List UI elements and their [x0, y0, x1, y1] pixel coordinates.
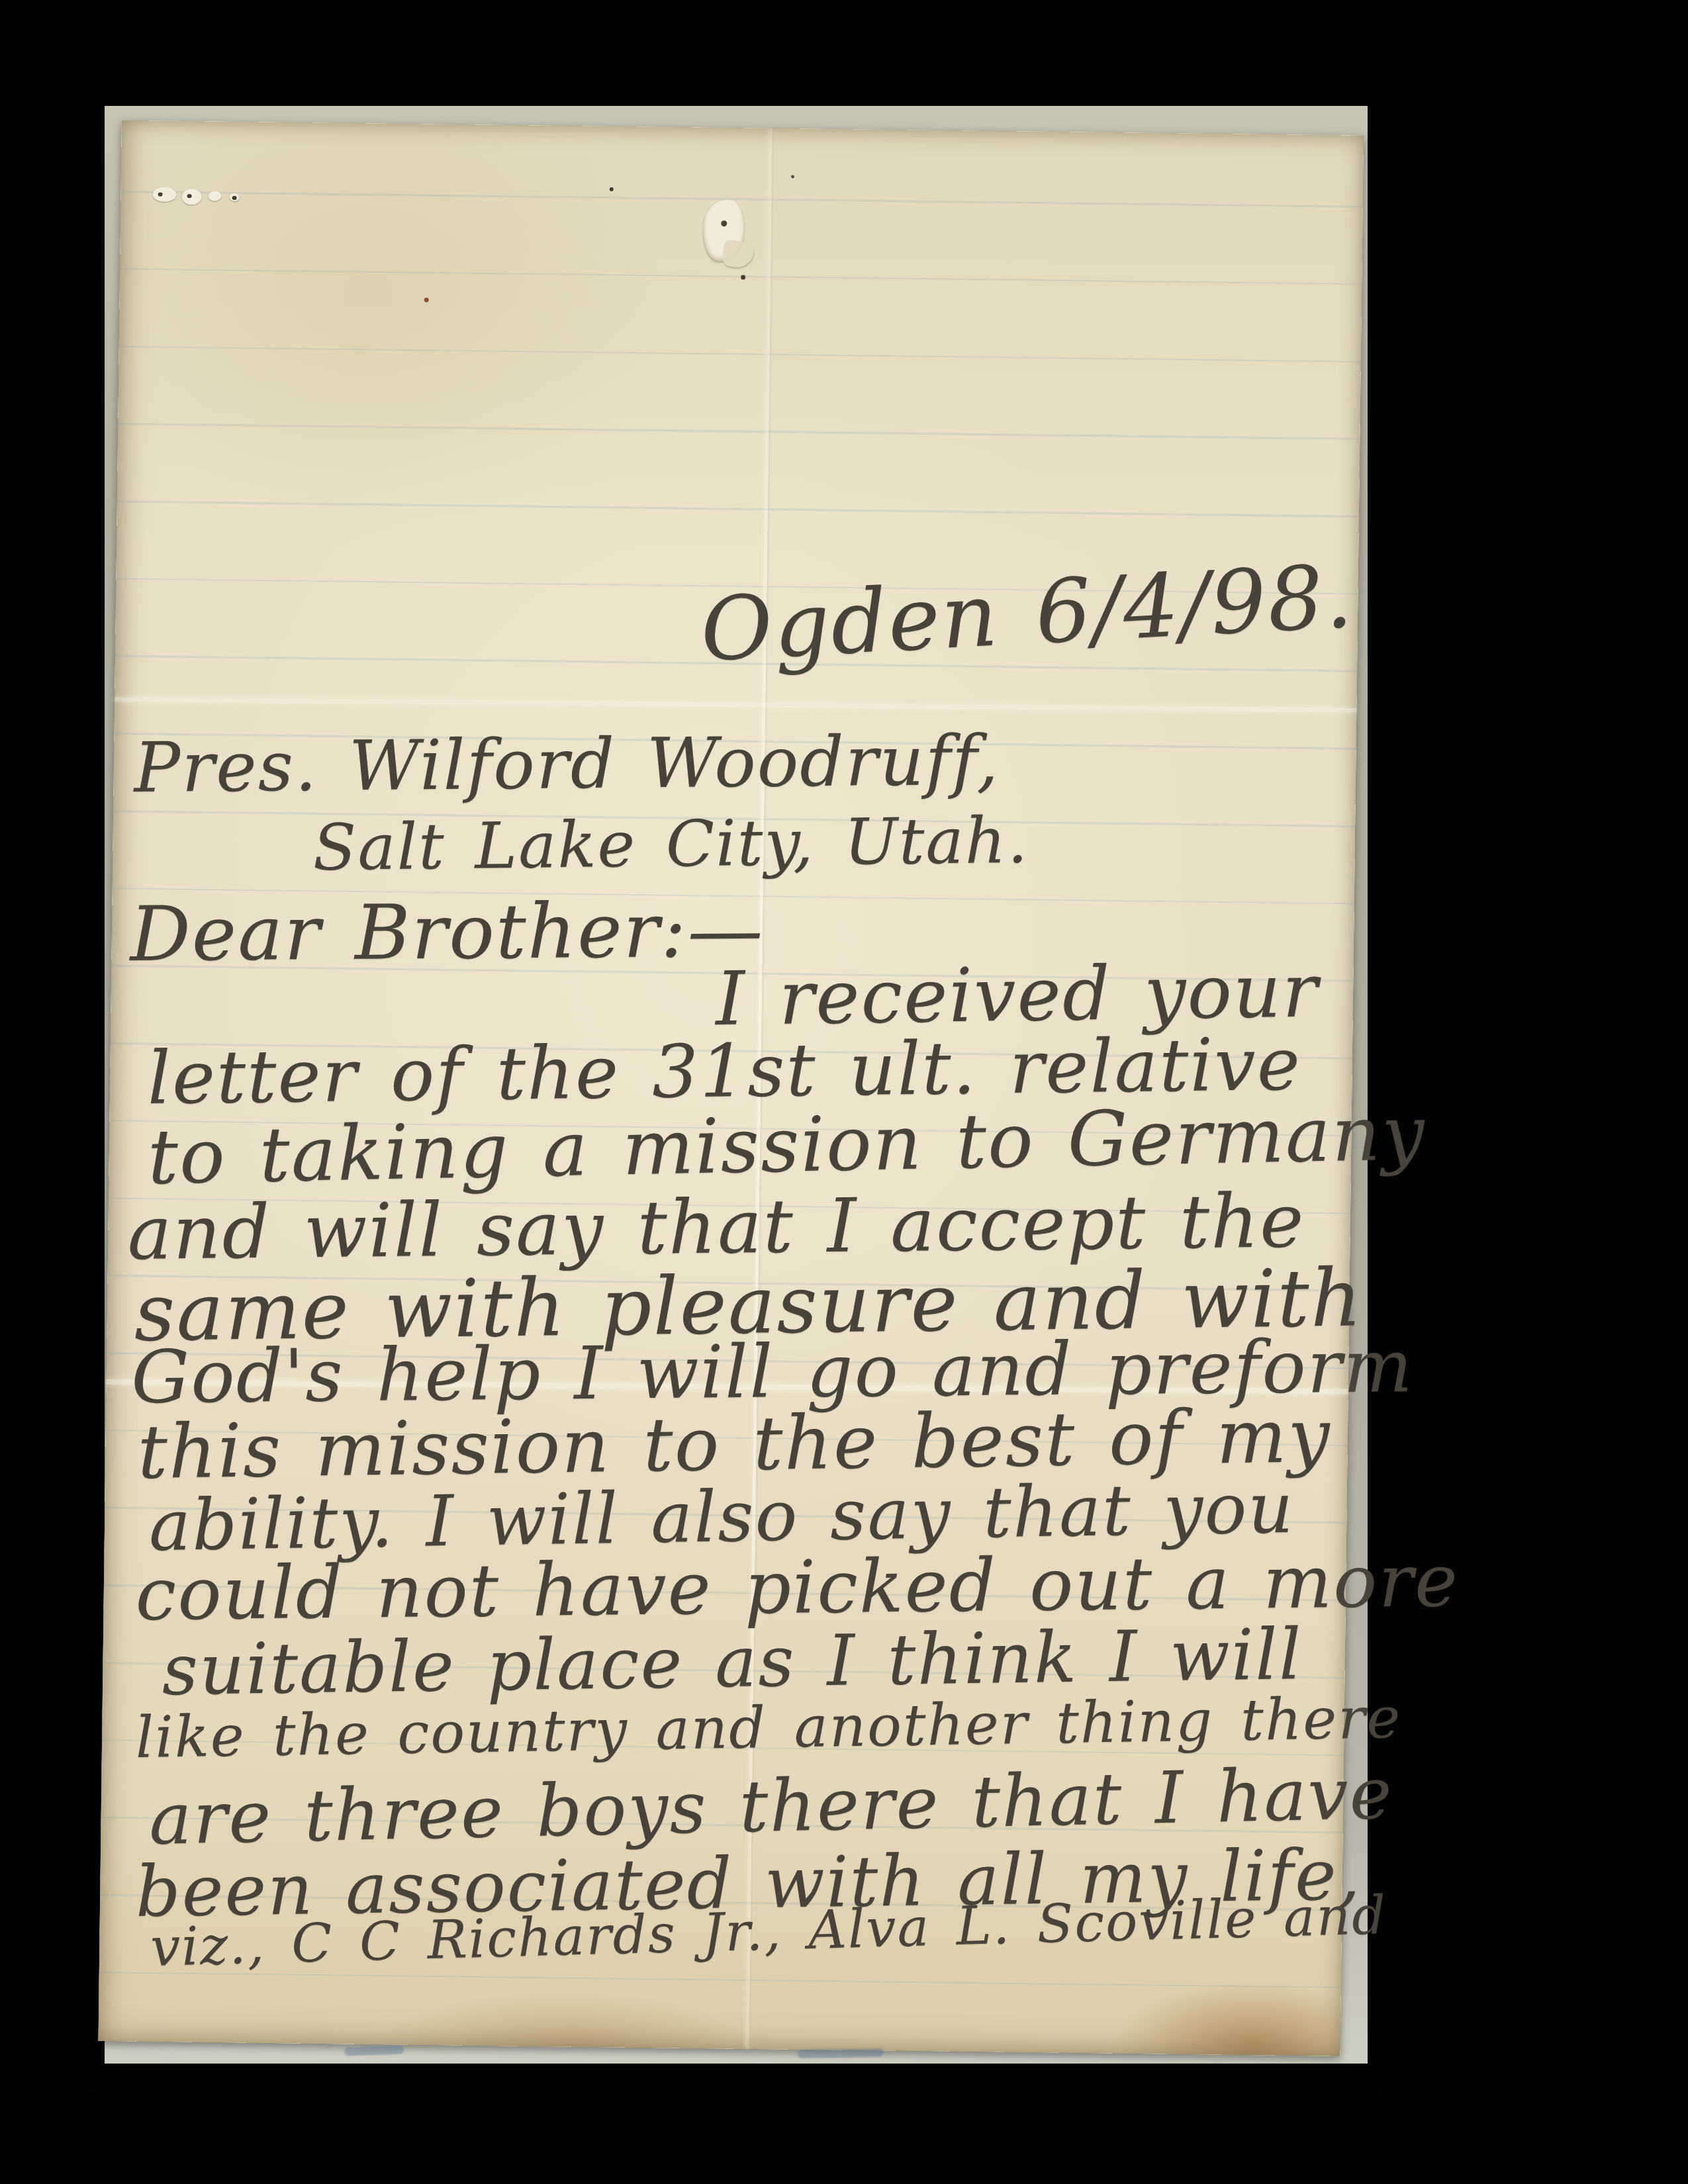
paper-speck — [610, 187, 614, 191]
paper-speck — [791, 175, 794, 178]
paper-speck — [424, 298, 429, 302]
scanned-letter-page: Ogden 6/4/98. Pres. Wilford Woodruff, Sa… — [0, 0, 1688, 2184]
pencil-marks — [152, 185, 265, 208]
letter-recipient-line: Pres. Wilford Woodruff, — [134, 722, 1000, 807]
letter-address-line: Salt Lake City, Utah. — [312, 805, 1029, 884]
blue-pencil-mark — [798, 2048, 884, 2058]
letter-salutation: Dear Brother:— — [130, 887, 765, 976]
paper-speck — [741, 275, 745, 279]
